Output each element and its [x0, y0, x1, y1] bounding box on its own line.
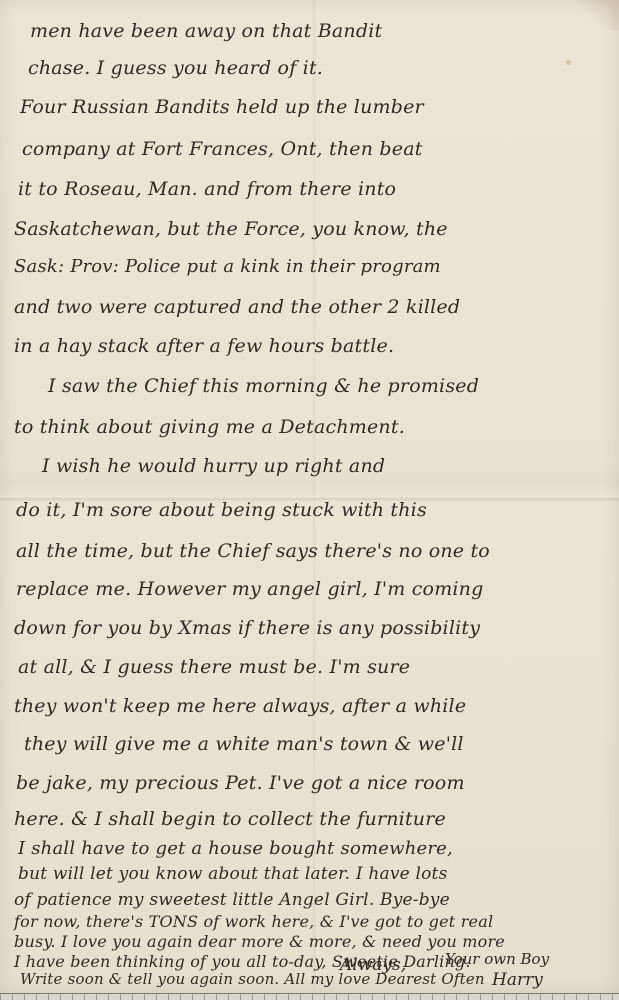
letter-line: for now, there's TONS of work here, & I'… — [14, 912, 493, 931]
letter-line: be jake, my precious Pet. I've got a nic… — [16, 772, 465, 794]
letter-paper: men have been away on that Bandit chase.… — [0, 0, 619, 993]
grid-background-strip — [0, 993, 619, 1000]
letter-line: I saw the Chief this morning & he promis… — [48, 375, 479, 397]
letter-line: they won't keep me here always, after a … — [14, 695, 466, 717]
letter-line: Saskatchewan, but the Force, you know, t… — [14, 218, 448, 240]
letter-line: I wish he would hurry up right and — [42, 455, 385, 477]
letter-page: men have been away on that Bandit chase.… — [0, 0, 619, 1000]
letter-line: men have been away on that Bandit — [30, 20, 382, 42]
letter-line: company at Fort Frances, Ont, then beat — [22, 138, 423, 160]
signature: Harry — [492, 970, 543, 990]
letter-line: all the time, but the Chief says there's… — [16, 540, 490, 562]
letter-line: Write soon & tell you again soon. All my… — [20, 970, 485, 988]
letter-line: Sask: Prov: Police put a kink in their p… — [14, 256, 441, 277]
letter-line: they will give me a white man's town & w… — [24, 733, 464, 755]
letter-line: I shall have to get a house bought somew… — [18, 838, 453, 859]
letter-line: here. & I shall begin to collect the fur… — [14, 808, 446, 830]
letter-line: replace me. However my angel girl, I'm c… — [16, 578, 484, 600]
letter-line: of patience my sweetest little Angel Gir… — [14, 890, 450, 910]
closing-yours: Your own Boy — [445, 950, 549, 968]
letter-line: to think about giving me a Detachment. — [14, 416, 405, 438]
letter-line: Four Russian Bandits held up the lumber — [20, 96, 424, 118]
letter-line: chase. I guess you heard of it. — [28, 57, 323, 79]
closing-always: Always, — [340, 955, 406, 975]
letter-line: but will let you know about that later. … — [18, 864, 448, 884]
letter-line: down for you by Xmas if there is any pos… — [14, 617, 480, 639]
handwritten-body: men have been away on that Bandit chase.… — [0, 0, 619, 993]
letter-line: at all, & I guess there must be. I'm sur… — [18, 656, 410, 678]
letter-line: it to Roseau, Man. and from there into — [18, 178, 396, 200]
letter-line: in a hay stack after a few hours battle. — [14, 335, 394, 357]
letter-line: and two were captured and the other 2 ki… — [14, 296, 460, 318]
letter-line: busy. I love you again dear more & more,… — [14, 932, 505, 951]
letter-line: do it, I'm sore about being stuck with t… — [16, 499, 427, 521]
